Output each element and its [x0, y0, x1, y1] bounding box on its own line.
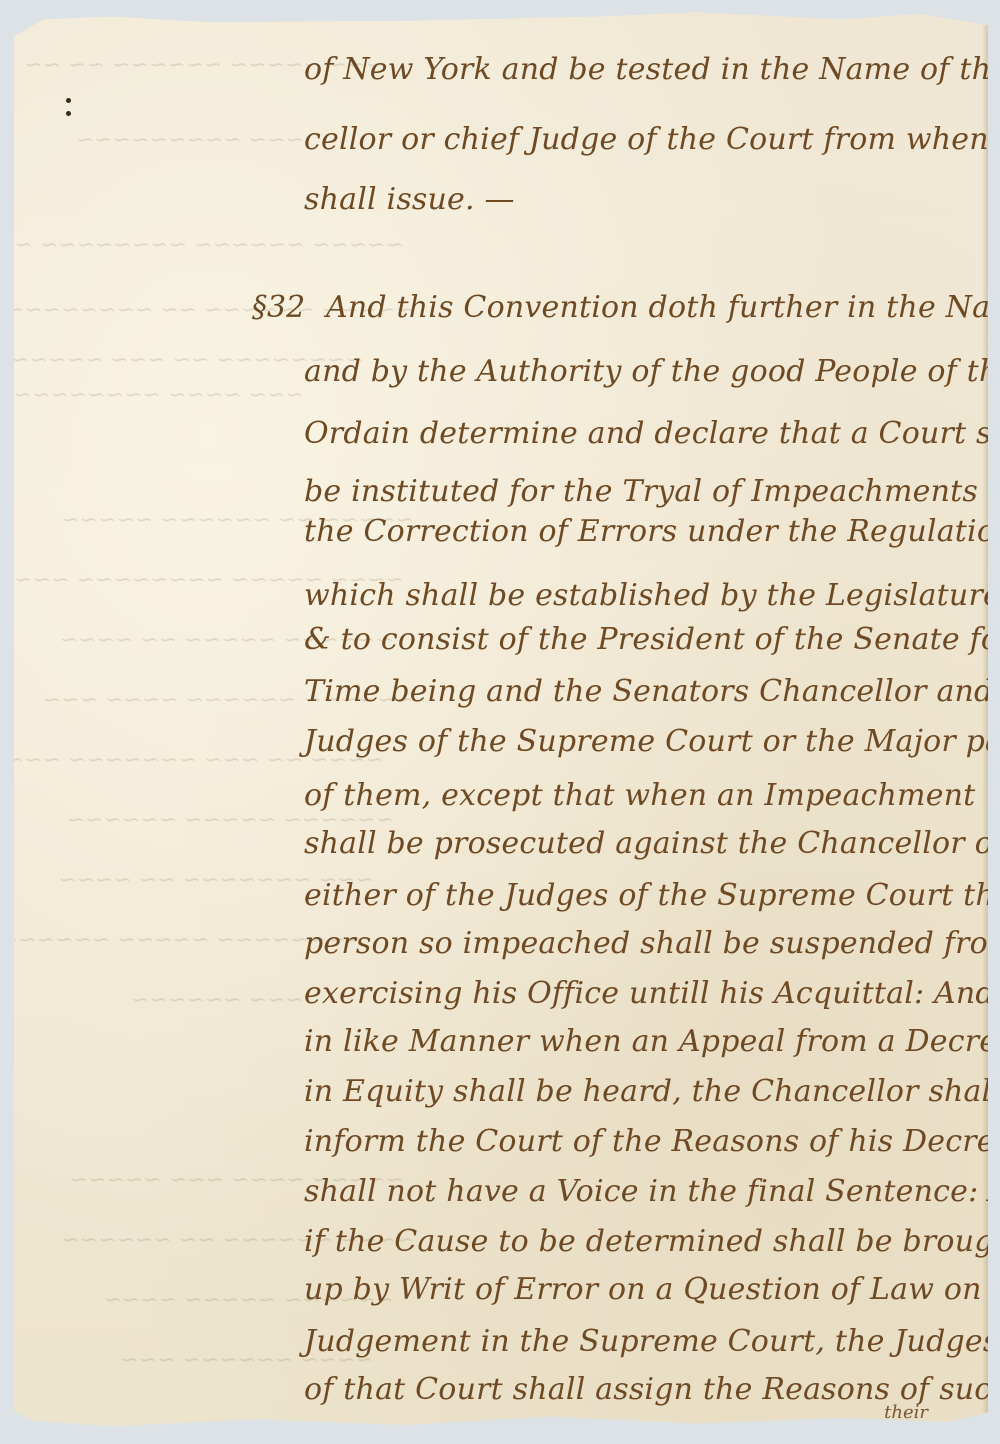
text-line: Ordain determine and declare that a Cour…: [304, 416, 1000, 451]
text-line: be instituted for the Tryal of Impeachme…: [304, 474, 1000, 509]
text-line: inform the Court of the Reasons of his D…: [304, 1124, 1000, 1159]
page-edge-shadow: [982, 8, 988, 1432]
text-line: in like Manner when an Appeal from a Dec…: [304, 1024, 1000, 1059]
text-line: shall issue. —: [304, 182, 515, 217]
text-line: of them, except that when an Impeachment: [304, 778, 975, 813]
text-line: which shall be established by the Legisl…: [304, 578, 1000, 613]
text-line: cellor or chief Judge of the Court from …: [304, 122, 1000, 157]
margin-ink-dots: [66, 98, 74, 124]
text-line: & to consist of the President of the Sen…: [304, 622, 1000, 657]
bleed-through-text: ~~~ ~~~~~ ~~~~~~ ~~ ~~ ~~~ ~~~~~~~~~ ~~~…: [44, 8, 424, 1432]
text-line: and by the Authority of the good People …: [304, 354, 1000, 389]
text-line: in Equity shall be heard, the Chancellor…: [304, 1074, 1000, 1109]
text-line: up by Writ of Error on a Question of Law…: [304, 1272, 1000, 1307]
text-line: exercising his Office untill his Acquitt…: [304, 976, 995, 1011]
text-line: the Correction of Errors under the Regul…: [304, 514, 1000, 549]
text-line: Time being and the Senators Chancellor a…: [304, 674, 993, 709]
section-number: §32: [252, 290, 305, 325]
text-line: person so impeached shall be suspended f…: [304, 926, 1000, 961]
text-line: Judgement in the Supreme Court, the Judg…: [304, 1324, 998, 1359]
text-line: shall not have a Voice in the final Sent…: [304, 1174, 1000, 1209]
text-line: either of the Judges of the Supreme Cour…: [304, 878, 1000, 913]
catchword: their: [884, 1402, 928, 1423]
text-line: shall be prosecuted against the Chancell…: [304, 826, 1000, 861]
text-line: of New York and be tested in the Name of…: [304, 52, 1000, 87]
text-line: Judges of the Supreme Court or the Major…: [304, 724, 1000, 759]
manuscript-page: ~~~ ~~~~~ ~~~~~~ ~~ ~~ ~~~ ~~~~~~~~~ ~~~…: [14, 8, 988, 1432]
text-line: And this Convention doth further in the …: [326, 290, 1000, 325]
text-line: if the Cause to be determined shall be b…: [304, 1224, 1000, 1259]
